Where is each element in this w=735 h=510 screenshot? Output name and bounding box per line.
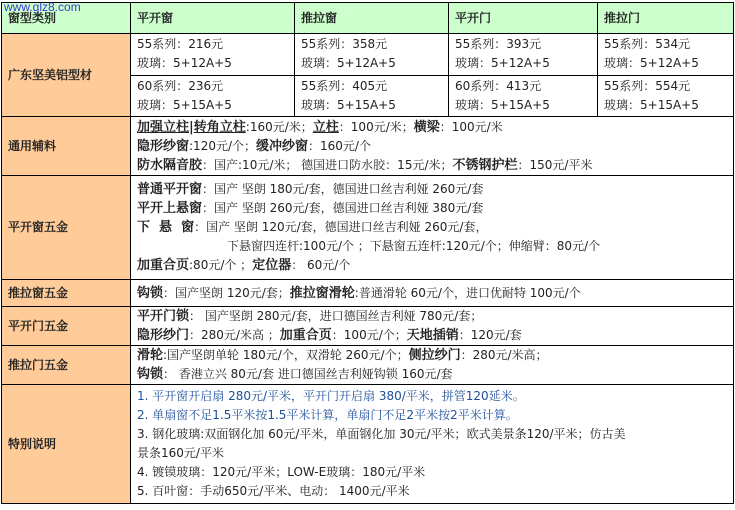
hw-line-indented: 下悬窗四连杆:100元/个 ；下悬窗五连杆:120元/个；伸缩臂：80元/个 [137,237,727,256]
value: ： 60元/个 [291,258,350,272]
casement-hardware-row: 平开窗五金 普通平开窗：国产 坚朗 180元/套，德国进口丝吉利娅 260元/套… [2,176,734,280]
header-casement-window: 平开窗 [131,3,295,34]
profile-cell: 60系列：413元 玻璃：5+15A+5 [449,75,598,117]
series-price: 55系列：534元 [604,35,727,54]
note-item: 2. 单扇窗不足1.5平米按1.5平米计算，单扇门不足2平米按2平米计算。 [137,406,727,425]
note-item: 5. 百叶窗：手动650元/平米、电动： 1400元/平米 [137,482,727,501]
series-price: 55系列：554元 [604,77,727,96]
label-heavy-hinge: 加重合页 [137,258,189,273]
value: ：100元/个； [332,328,407,342]
header-sliding-door: 推拉门 [598,3,734,34]
sliding-door-hardware-cell: 滑轮:国产坚朗单轮 180元/个，双滑轮 260元/个；侧拉纱门：280元/米高… [131,346,734,385]
label-heavy-hinge: 加重合页 [280,328,332,343]
glass-spec: 玻璃：5+12A+5 [301,54,442,73]
casement-door-hardware-cell: 平开门锁： 国产坚朗 280元/套，进口德国丝吉利娅 780元/套； 隐形纱门：… [131,307,734,346]
value: ：100元/米； [339,120,414,134]
label-hook-lock: 钩锁 [137,286,163,301]
value: ：国产 坚朗 180元/套，德国进口丝吉利娅 260元/套 [202,182,483,196]
value: ：100元/米 [440,120,503,134]
label-crossbeam: 横梁 [414,120,440,135]
value: ：160元/个 [308,139,371,153]
notes-row: 特别说明 1. 平开窗开启扇 280元/平米，平开门开启扇 380/平米，拼管1… [2,385,734,504]
hw-line: 钩锁： 香港立兴 80元/套 进口德国丝吉利娅钩锁 160元/套 [137,365,727,384]
profile-cell: 55系列：405元 玻璃：5+15A+5 [295,75,449,117]
value: ： 香港立兴 80元/套 进口德国丝吉利娅钩锁 160元/套 [163,367,453,381]
hw-line: 加重合页:80元/个 ；定位器： 60元/个 [137,256,727,275]
glass-spec: 玻璃：5+15A+5 [301,96,442,115]
series-price: 55系列：216元 [137,35,288,54]
label-sealant: 防水隔音胶 [137,158,202,173]
label-sliding-pulley: 推拉窗滑轮 [290,286,355,301]
value: :120元/个； [189,139,256,153]
note-item: 3. 钢化玻璃:双面钢化加 60元/平米，单面钢化加 30元/平米；欧式美景条1… [137,425,727,444]
general-cell: 加强立柱|转角立柱:160元/米；立柱：100元/米；横梁：100元/米 隐形纱… [131,117,734,176]
price-table: 窗型类别 平开窗 推拉窗 平开门 推拉门 广东坚美铝型材 55系列：216元 玻… [1,2,734,504]
value: ：280元/米高； [461,348,548,362]
hw-line: 平开上悬窗：国产 坚朗 260元/套，德国进口丝吉利娅 380元/套 [137,199,727,218]
value: ：国产 坚朗 120元/套，德国进口丝吉利娅 260元/套， [194,220,487,234]
label-pulley: 滑轮 [137,348,163,363]
glass-spec: 玻璃：5+12A+5 [455,54,591,73]
category-sliding-door-hardware: 推拉门五金 [2,346,131,385]
label-hidden-screen-door: 隐形纱门 [137,328,189,343]
hw-line: 钩锁：国产坚朗 120元/套；推拉窗滑轮:普通滑轮 60元/个，进口优耐特 10… [137,284,727,303]
general-line-3: 防水隔音胶：国产:10元/米； 德国进口防水胶：15元/米；不锈钢护栏：150元… [137,156,727,175]
series-price: 60系列：236元 [137,77,288,96]
profile-cell: 60系列：236元 玻璃：5+15A+5 [131,75,295,117]
category-profiles: 广东坚美铝型材 [2,34,131,117]
value: :80元/个 ； [189,258,252,272]
profiles-row-1: 广东坚美铝型材 55系列：216元 玻璃：5+12A+5 55系列：358元 玻… [2,34,734,76]
value: ：国产 坚朗 260元/套，德国进口丝吉利娅 380元/套 [202,201,483,215]
hw-line: 下 悬 窗：国产 坚朗 120元/套，德国进口丝吉利娅 260元/套， [137,218,727,237]
glass-spec: 玻璃：5+15A+5 [137,96,288,115]
series-price: 55系列：393元 [455,35,591,54]
label-side-screen-door: 侧拉纱门 [409,348,461,363]
value: ：150元/平米 [518,158,593,172]
note-item: 景条160元/平米 [137,444,727,463]
label-reinforced-post: 加强立柱 [137,120,189,135]
hw-line: 滑轮:国产坚朗单轮 180元/个，双滑轮 260元/个；侧拉纱门：280元/米高… [137,346,727,365]
hw-line: 隐形纱门：280元/米高 ；加重合页：100元/个；天地插销：120元/套 [137,326,727,345]
profile-cell: 55系列：534元 玻璃：5+12A+5 [598,34,734,76]
general-line-2: 隐形纱窗:120元/个；缓冲纱窗：160元/个 [137,137,727,156]
notes-cell: 1. 平开窗开启扇 280元/平米，平开门开启扇 380/平米，拼管120延米。… [131,385,734,504]
profile-cell: 55系列：393元 玻璃：5+12A+5 [449,34,598,76]
label-hidden-screen: 隐形纱窗 [137,139,189,154]
label-flush-bolt: 天地插销 [407,328,459,343]
value: ：国产坚朗 120元/套； [163,286,290,300]
label-standard-casement: 普通平开窗 [137,182,202,197]
header-row: 窗型类别 平开窗 推拉窗 平开门 推拉门 [2,3,734,34]
label-bottom-hung: 下 悬 窗 [137,220,194,235]
value: ：280元/米高 ； [189,328,280,342]
label-stopper: 定位器 [252,258,291,273]
general-row: 通用辅料 加强立柱|转角立柱:160元/米；立柱：100元/米；横梁：100元/… [2,117,734,176]
category-notes: 特别说明 [2,385,131,504]
value: ：国产:10元/米； 德国进口防水胶：15元/米； [202,158,452,172]
profile-cell: 55系列：554元 玻璃：5+15A+5 [598,75,734,117]
value: :160元/米； [246,120,313,134]
label-top-hung: 平开上悬窗 [137,201,202,216]
value: :普通滑轮 60元/个，进口优耐特 100元/个 [355,286,581,300]
profile-cell: 55系列：358元 玻璃：5+12A+5 [295,34,449,76]
sliding-window-hardware-row: 推拉窗五金 钩锁：国产坚朗 120元/套；推拉窗滑轮:普通滑轮 60元/个，进口… [2,280,734,307]
casement-hardware-cell: 普通平开窗：国产 坚朗 180元/套，德国进口丝吉利娅 260元/套 平开上悬窗… [131,176,734,280]
watermark: www.glz8.com [4,0,81,14]
note-item: 4. 镀镆玻璃：120元/平米；LOW-E玻璃：180元/平米 [137,463,727,482]
header-sliding-window: 推拉窗 [295,3,449,34]
hw-line: 普通平开窗：国产 坚朗 180元/套，德国进口丝吉利娅 260元/套 [137,180,727,199]
sliding-door-hardware-row: 推拉门五金 滑轮:国产坚朗单轮 180元/个，双滑轮 260元/个；侧拉纱门：2… [2,346,734,385]
label-steel-railing: 不锈钢护栏 [453,158,518,173]
label-door-lock: 平开门锁 [137,309,189,324]
sliding-window-hardware-cell: 钩锁：国产坚朗 120元/套；推拉窗滑轮:普通滑轮 60元/个，进口优耐特 10… [131,280,734,307]
series-price: 55系列：405元 [301,77,442,96]
label-post: 立柱 [313,120,339,135]
profile-cell: 55系列：216元 玻璃：5+12A+5 [131,34,295,76]
general-line-1: 加强立柱|转角立柱:160元/米；立柱：100元/米；横梁：100元/米 [137,118,727,137]
category-casement-hardware: 平开窗五金 [2,176,131,280]
label-hook-lock: 钩锁 [137,367,163,382]
label-buffer-screen: 缓冲纱窗 [256,139,308,154]
value: ：120元/套 [459,328,522,342]
note-item: 1. 平开窗开启扇 280元/平米，平开门开启扇 380/平米，拼管120延米。 [137,387,727,406]
category-sliding-window-hardware: 推拉窗五金 [2,280,131,307]
value: :国产坚朗单轮 180元/个，双滑轮 260元/个； [163,348,409,362]
header-casement-door: 平开门 [449,3,598,34]
hw-line: 平开门锁： 国产坚朗 280元/套，进口德国丝吉利娅 780元/套； [137,307,727,326]
series-price: 60系列：413元 [455,77,591,96]
glass-spec: 玻璃：5+15A+5 [604,96,727,115]
glass-spec: 玻璃：5+12A+5 [604,54,727,73]
category-casement-door-hardware: 平开门五金 [2,307,131,346]
casement-door-hardware-row: 平开门五金 平开门锁： 国产坚朗 280元/套，进口德国丝吉利娅 780元/套；… [2,307,734,346]
glass-spec: 玻璃：5+15A+5 [455,96,591,115]
glass-spec: 玻璃：5+12A+5 [137,54,288,73]
label-corner-post: 转角立柱 [194,120,246,135]
series-price: 55系列：358元 [301,35,442,54]
category-general: 通用辅料 [2,117,131,176]
value: ： 国产坚朗 280元/套，进口德国丝吉利娅 780元/套； [189,309,482,323]
